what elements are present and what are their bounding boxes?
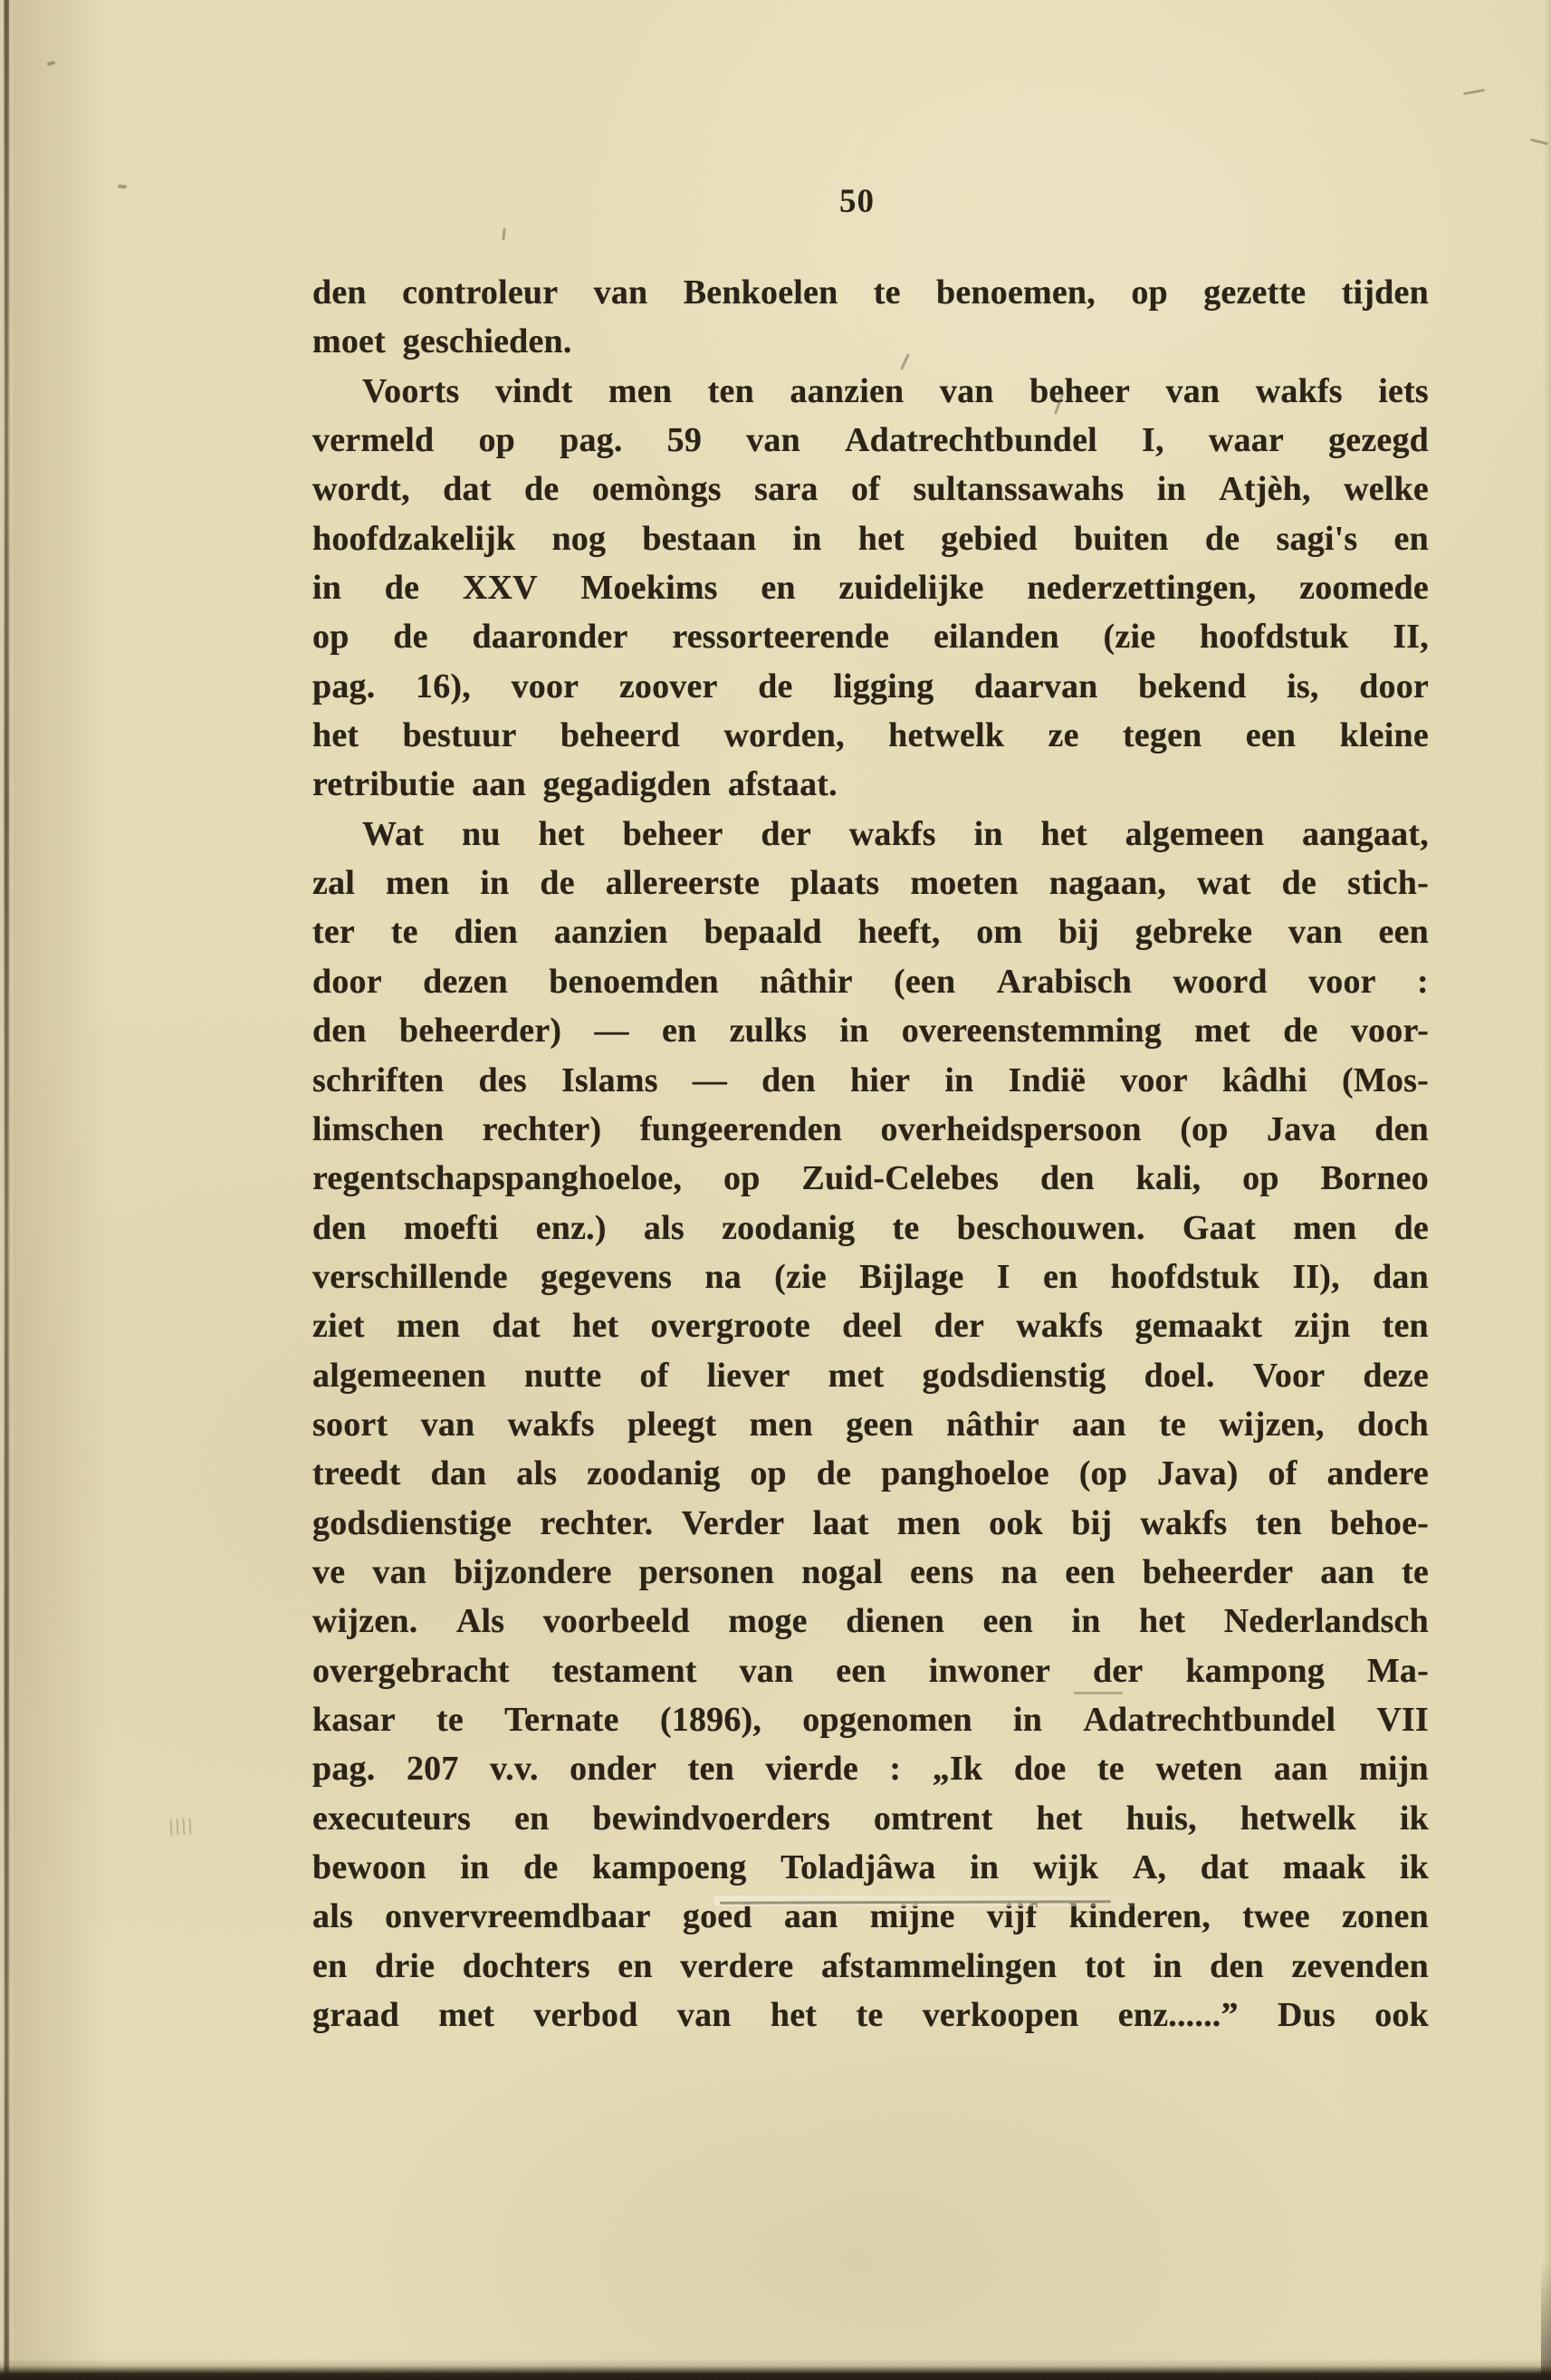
text-line: bewoonindekampoengToladjâwainwijkA,datma… [312, 1843, 1429, 1892]
scan-artifact-margin-mark [170, 1818, 195, 1835]
text-line: executeursenbewindvoerdersomtrenthethuis… [312, 1794, 1429, 1843]
text-line: overgebrachttestamentvaneeninwonerderkam… [312, 1646, 1429, 1695]
scan-artifact-underline [1074, 1692, 1123, 1694]
text-line: Voortsvindtmentenaanzienvanbeheervanwakf… [312, 367, 1429, 416]
text-line: moet geschieden. [312, 317, 1429, 366]
text-line: denmoeftienz.)alszoodanigtebeschouwen.Ga… [312, 1204, 1429, 1252]
text-line: hoofdzakelijknogbestaaninhetgebiedbuiten… [312, 514, 1429, 563]
text-line: kasarteTernate(1896),opgenomeninAdatrech… [312, 1695, 1429, 1744]
text-line: regentschapspanghoeloe,opZuid-Celebesden… [312, 1154, 1429, 1203]
text-line: wijzen.AlsvoorbeeldmogedieneneeninhetNed… [312, 1597, 1429, 1646]
text-line: Watnuhetbeheerderwakfsinhetalgemeenaanga… [312, 810, 1429, 859]
text-line: godsdienstigerechter.Verderlaatmenookbij… [312, 1499, 1429, 1548]
text-line: retributie aan gegadigden afstaat. [312, 760, 1429, 809]
page-bottom-edge [0, 2358, 1551, 2380]
page-bottom-right-corner [1541, 2262, 1551, 2380]
text-line: indeXXVMoekimsenzuidelijkenederzettingen… [312, 563, 1429, 612]
text-line: zietmendathetovergrootedeelderwakfsgemaa… [312, 1301, 1429, 1350]
text-line: opdedaaronderressorteerendeeilanden(zieh… [312, 612, 1429, 661]
text-line: pag.16),voorzooverdeliggingdaarvanbekend… [312, 662, 1429, 711]
scan-artifact-speck [502, 228, 505, 240]
text-line: algemeenennutteoflievermetgodsdienstigdo… [312, 1351, 1429, 1400]
text-line: vermeldoppag.59vanAdatrechtbundelI,waarg… [312, 416, 1429, 465]
text-line: hetbestuurbeheerdworden,hetwelkzetegenee… [312, 711, 1429, 760]
text-line: limschenrechter)fungeerendenoverheidsper… [312, 1105, 1429, 1154]
text-line: schriftendesIslams—denhierinIndiëvoorkâd… [312, 1056, 1429, 1105]
text-line: zalmenindeallereersteplaatsmoetennagaan,… [312, 859, 1429, 907]
text-line: doordezenbenoemdennâthir(eenArabischwoor… [312, 957, 1429, 1006]
gutter-shadow [13, 0, 108, 2380]
body-text: dencontroleurvanBenkoelentebenoemen,opge… [312, 268, 1429, 2039]
page-left-edge-line [4, 0, 9, 2380]
scanned-book-page-screenshot: { "page": { "number": "50", "language": … [0, 0, 1551, 2380]
page-right-edge [1543, 0, 1551, 2380]
text-line: dencontroleurvanBenkoelentebenoemen,opge… [312, 268, 1429, 317]
scan-artifact-speck [118, 185, 127, 189]
text-line: graadmetverbodvanhetteverkoopenenz......… [312, 1991, 1429, 2039]
book-page: 50 dencontroleurvanBenkoelentebenoemen,o… [0, 0, 1551, 2380]
text-line: endriedochtersenverdereafstammelingentot… [312, 1942, 1429, 1991]
text-line: tertedienaanzienbepaaldheeft,ombijgebrek… [312, 907, 1429, 956]
text-line: pag.207v.v.ondertenvierde:„Ikdoetewetena… [312, 1744, 1429, 1793]
page-number: 50 [299, 182, 1415, 221]
text-line: verschillendegegevensna(zieBijlageIenhoo… [312, 1252, 1429, 1301]
text-line: soortvanwakfspleegtmengeennâthiraantewij… [312, 1400, 1429, 1449]
scan-artifact-scratch [1463, 89, 1485, 95]
text-line: wordt,datdeoemòngssaraofsultanssawahsinA… [312, 465, 1429, 513]
text-line: denbeheerder)—enzulksinovereenstemmingme… [312, 1006, 1429, 1055]
text-line: vevanbijzonderepersonennogaleensnaeenbeh… [312, 1548, 1429, 1597]
text-line: treedtdanalszoodanigopdepanghoeloe(opJav… [312, 1449, 1429, 1498]
